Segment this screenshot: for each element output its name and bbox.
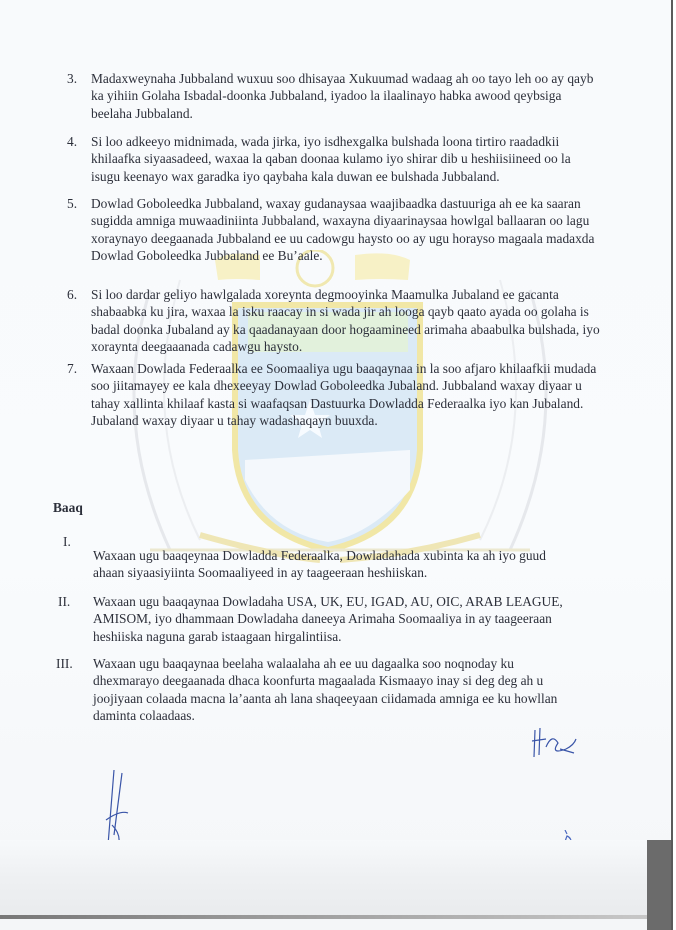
- item-text: Waxaan Dowlada Federaalka ee Soomaaliya …: [91, 360, 601, 430]
- item-text: Si loo dardar geliyo hawlgalada xoreynta…: [91, 286, 601, 356]
- signature-left-upper-icon: [100, 765, 140, 850]
- appeal-text-2: Waxaan ugu baaqaynaa Dowladaha USA, UK, …: [93, 593, 573, 645]
- section-heading: Baaq: [53, 500, 83, 516]
- appeal-text-1: Waxaan ugu baaqeynaa Dowladda Federaalka…: [93, 547, 573, 582]
- item-number: 4.: [67, 133, 87, 150]
- item-text: Si loo adkeeyo midnimada, wada jirka, iy…: [91, 133, 601, 185]
- appeal-numeral: I.: [63, 533, 71, 550]
- item-text: Madaxweynaha Jubbaland wuxuu soo dhisaya…: [91, 70, 601, 122]
- appeal-numeral: II.: [58, 593, 70, 610]
- item-text: Dowlad Goboleedka Jubbaland, waxay gudan…: [91, 195, 601, 265]
- item-number: 7.: [67, 360, 87, 377]
- item-number: 5.: [67, 195, 87, 212]
- scan-shadow: [0, 840, 652, 918]
- scan-corner-shadow: [647, 840, 671, 930]
- document-page: 3. Madaxweynaha Jubbaland wuxuu soo dhis…: [0, 0, 670, 930]
- item-number: 3.: [67, 70, 87, 87]
- scan-edge-line: [0, 915, 652, 919]
- appeal-numeral: III.: [56, 655, 73, 672]
- signature-top-right-icon: [530, 725, 580, 760]
- appeal-text-3: Waxaan ugu baaqaynaa beelaha walaalaha a…: [93, 655, 573, 725]
- item-number: 6.: [67, 286, 87, 303]
